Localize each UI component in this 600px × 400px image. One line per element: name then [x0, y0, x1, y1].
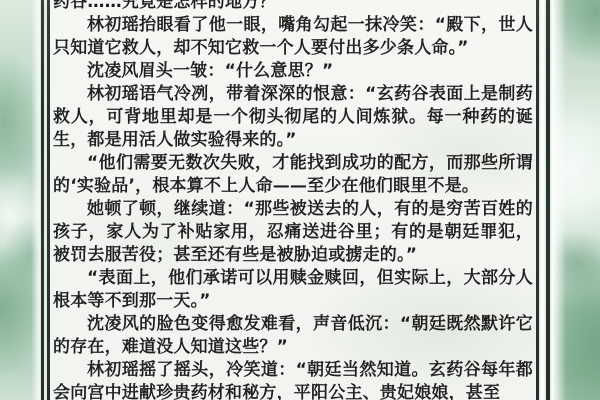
novel-text-column: 药谷……究竟是怎样的地方？” 林初瑶抬眼看了他一眼，嘴角勾起一抹冷笑：“殿下，世… — [53, 0, 533, 400]
paragraph: “表面上，他们承诺可以用赎金赎回，但实际上，大部分人根本等不到那一天。” — [53, 267, 533, 313]
watercolor-wash-right — [553, 0, 600, 400]
reader-page-surface[interactable]: 药谷……究竟是怎样的地方？” 林初瑶抬眼看了他一眼，嘴角勾起一抹冷笑：“殿下，世… — [50, 0, 536, 400]
paragraph: “他们需要无数次失败，才能找到成功的配方，而那些所谓的‘实验品’，根本算不上人命… — [53, 152, 533, 198]
frame-rule-right-inner — [536, 0, 539, 400]
paragraph: 林初瑶抬眼看了他一眼，嘴角勾起一抹冷笑：“殿下，世人只知道它救人，却不知它救一个… — [53, 14, 533, 60]
paragraph: 林初瑶语气冷冽，带着深深的恨意：“玄药谷表面上是制药救人，可背地里却是一个彻头彻… — [53, 83, 533, 152]
watercolor-wash-left — [0, 0, 40, 400]
frame-rule-left-outer — [41, 0, 44, 400]
paragraph: 沈凌风眉头一皱：“什么意思？” — [53, 60, 533, 83]
paragraph: 药谷……究竟是怎样的地方？” — [53, 0, 533, 14]
paragraph: 她顿了顿，继续道：“那些被送去的人，有的是穷苦百姓的孩子，家人为了补贴家用，忍痛… — [53, 198, 533, 267]
novel-reader-screen: 药谷……究竟是怎样的地方？” 林初瑶抬眼看了他一眼，嘴角勾起一抹冷笑：“殿下，世… — [0, 0, 600, 400]
frame-rule-right-outer — [546, 0, 550, 400]
paragraph: 沈凌风的脸色变得愈发难看，声音低沉：“朝廷既然默许它的存在，难道没人知道这些？” — [53, 313, 533, 359]
paragraph: 林初瑶摇了摇头，冷笑道：“朝廷当然知道。玄药谷每年都会向宫中进献珍贵药材和秘方，… — [53, 359, 533, 400]
